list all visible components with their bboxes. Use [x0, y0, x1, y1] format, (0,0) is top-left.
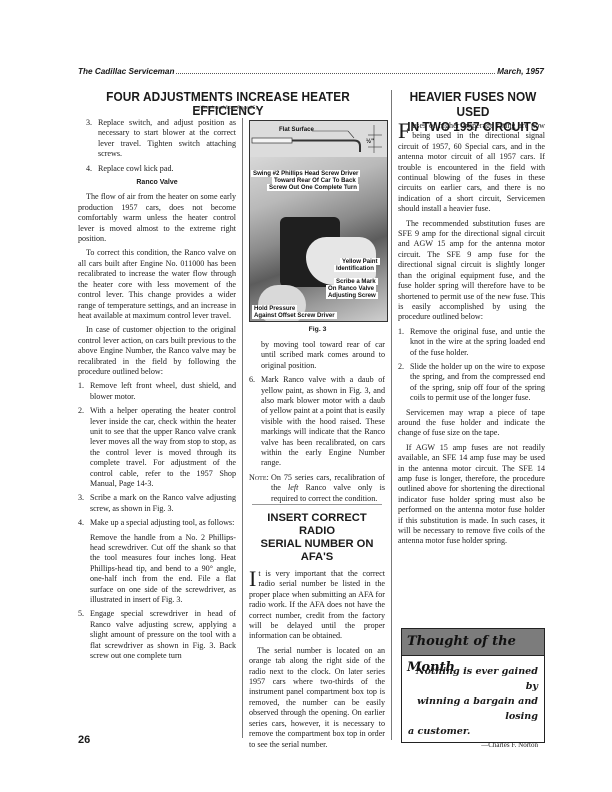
column-2: by moving tool toward rear of car until …: [249, 340, 385, 508]
fuses-title-line1: HEAVIER FUSES NOW USED: [403, 90, 544, 120]
tool-instructions: Remove the handle from a No. 2 Phillips-…: [90, 533, 236, 606]
thought-heading: Thought of the Month: [402, 629, 544, 656]
thought-quote: Nothing is ever gained by winning a barg…: [402, 656, 544, 739]
paragraph: In case of customer objection to the ori…: [78, 325, 236, 377]
scribe-mark-label: On Ranco Valve: [326, 285, 376, 292]
note: Note: On 75 series cars, recalibration o…: [249, 473, 385, 504]
figure-caption: Fig. 3: [249, 326, 386, 333]
list-item: 5. Engage special screwdriver in head of…: [78, 609, 236, 661]
paragraph: It is very important that the correct ra…: [249, 569, 385, 642]
thought-of-the-month-box: Thought of the Month Nothing is ever gai…: [401, 628, 545, 743]
column-divider-left: [242, 118, 243, 738]
paragraph: The flow of air from the heater on some …: [78, 192, 236, 244]
scribe-mark-label: Scribe a Mark: [334, 278, 378, 285]
page-number: 26: [78, 734, 90, 746]
column-divider-right: [391, 90, 392, 740]
half-inch-label: ½": [364, 138, 376, 145]
step5-continued: by moving tool toward rear of car until …: [261, 340, 385, 371]
dotted-leader: [176, 73, 495, 74]
issue-date: March, 1957: [497, 67, 544, 76]
yellow-paint-label: Identification: [334, 265, 376, 272]
paragraph: The recommended substitution fuses are S…: [398, 219, 545, 323]
heater-article-title: FOUR ADJUSTMENTS INCREASE HEATER EFFICIE…: [87, 90, 369, 118]
continued-note: (Continued from Page 25): [78, 105, 378, 111]
list-item: 2. Slide the holder up on the wire to ex…: [398, 362, 545, 404]
paragraph: If AGW 15 amp fuses are not readily avai…: [398, 443, 545, 547]
dropcap: F: [398, 122, 410, 140]
swing-label: Toward Rear Of Car To Back: [272, 177, 358, 184]
swing-label: Swing #2 Phillips Head Screw Driver: [251, 170, 360, 177]
flat-surface-label: Flat Surface: [277, 126, 316, 133]
column-1: 3. Replace switch, and adjust position a…: [78, 118, 236, 666]
radio-article-title: INSERT CORRECT RADIO SERIAL NUMBER ON AF…: [249, 512, 385, 564]
column-3: Fuses of higher amperage rating are now …: [398, 121, 545, 551]
list-item: 2. With a helper operating the heater co…: [78, 406, 236, 489]
publication-name: The Cadillac Serviceman: [78, 67, 174, 76]
paragraph: Fuses of higher amperage rating are now …: [398, 121, 545, 215]
paragraph: The serial number is located on an orang…: [249, 646, 385, 750]
ranco-valve-subheading: Ranco Valve: [78, 178, 236, 188]
list-item: 4. Replace cowl kick pad.: [86, 164, 236, 174]
paragraph: To correct this condition, the Ranco val…: [78, 248, 236, 321]
scribe-mark-label: Adjusting Screw: [326, 292, 378, 299]
section-divider: [252, 504, 382, 505]
figure-3-photo: Flat Surface ½" Swing #2 Phillips Head S…: [249, 120, 388, 322]
dropcap: I: [249, 570, 256, 588]
paragraph: Servicemen may wrap a piece of tape arou…: [398, 408, 545, 439]
tool-insert-diagram: Flat Surface ½": [250, 121, 387, 158]
running-header: The Cadillac Serviceman March, 1957: [78, 64, 544, 76]
list-item: 1. Remove left front wheel, dust shield,…: [78, 381, 236, 402]
hold-pressure-label: Hold Pressure: [252, 305, 297, 312]
radio-article: INSERT CORRECT RADIO SERIAL NUMBER ON AF…: [249, 512, 385, 754]
hold-pressure-label: Against Offset Screw Driver: [252, 312, 337, 319]
list-item: 1. Remove the original fuse, and untie t…: [398, 327, 545, 358]
swing-label: Screw Out One Complete Turn: [267, 184, 359, 191]
list-item: 6. Mark Ranco valve with a daub of yello…: [249, 375, 385, 469]
yellow-paint-label: Yellow Paint: [340, 258, 380, 265]
list-item: 3. Replace switch, and adjust position a…: [86, 118, 236, 160]
list-item: 4. Make up a special adjusting tool, as …: [78, 518, 236, 528]
list-item: 3. Scribe a mark on the Ranco valve adju…: [78, 493, 236, 514]
quote-author: —Charles F. Norton: [402, 741, 538, 749]
